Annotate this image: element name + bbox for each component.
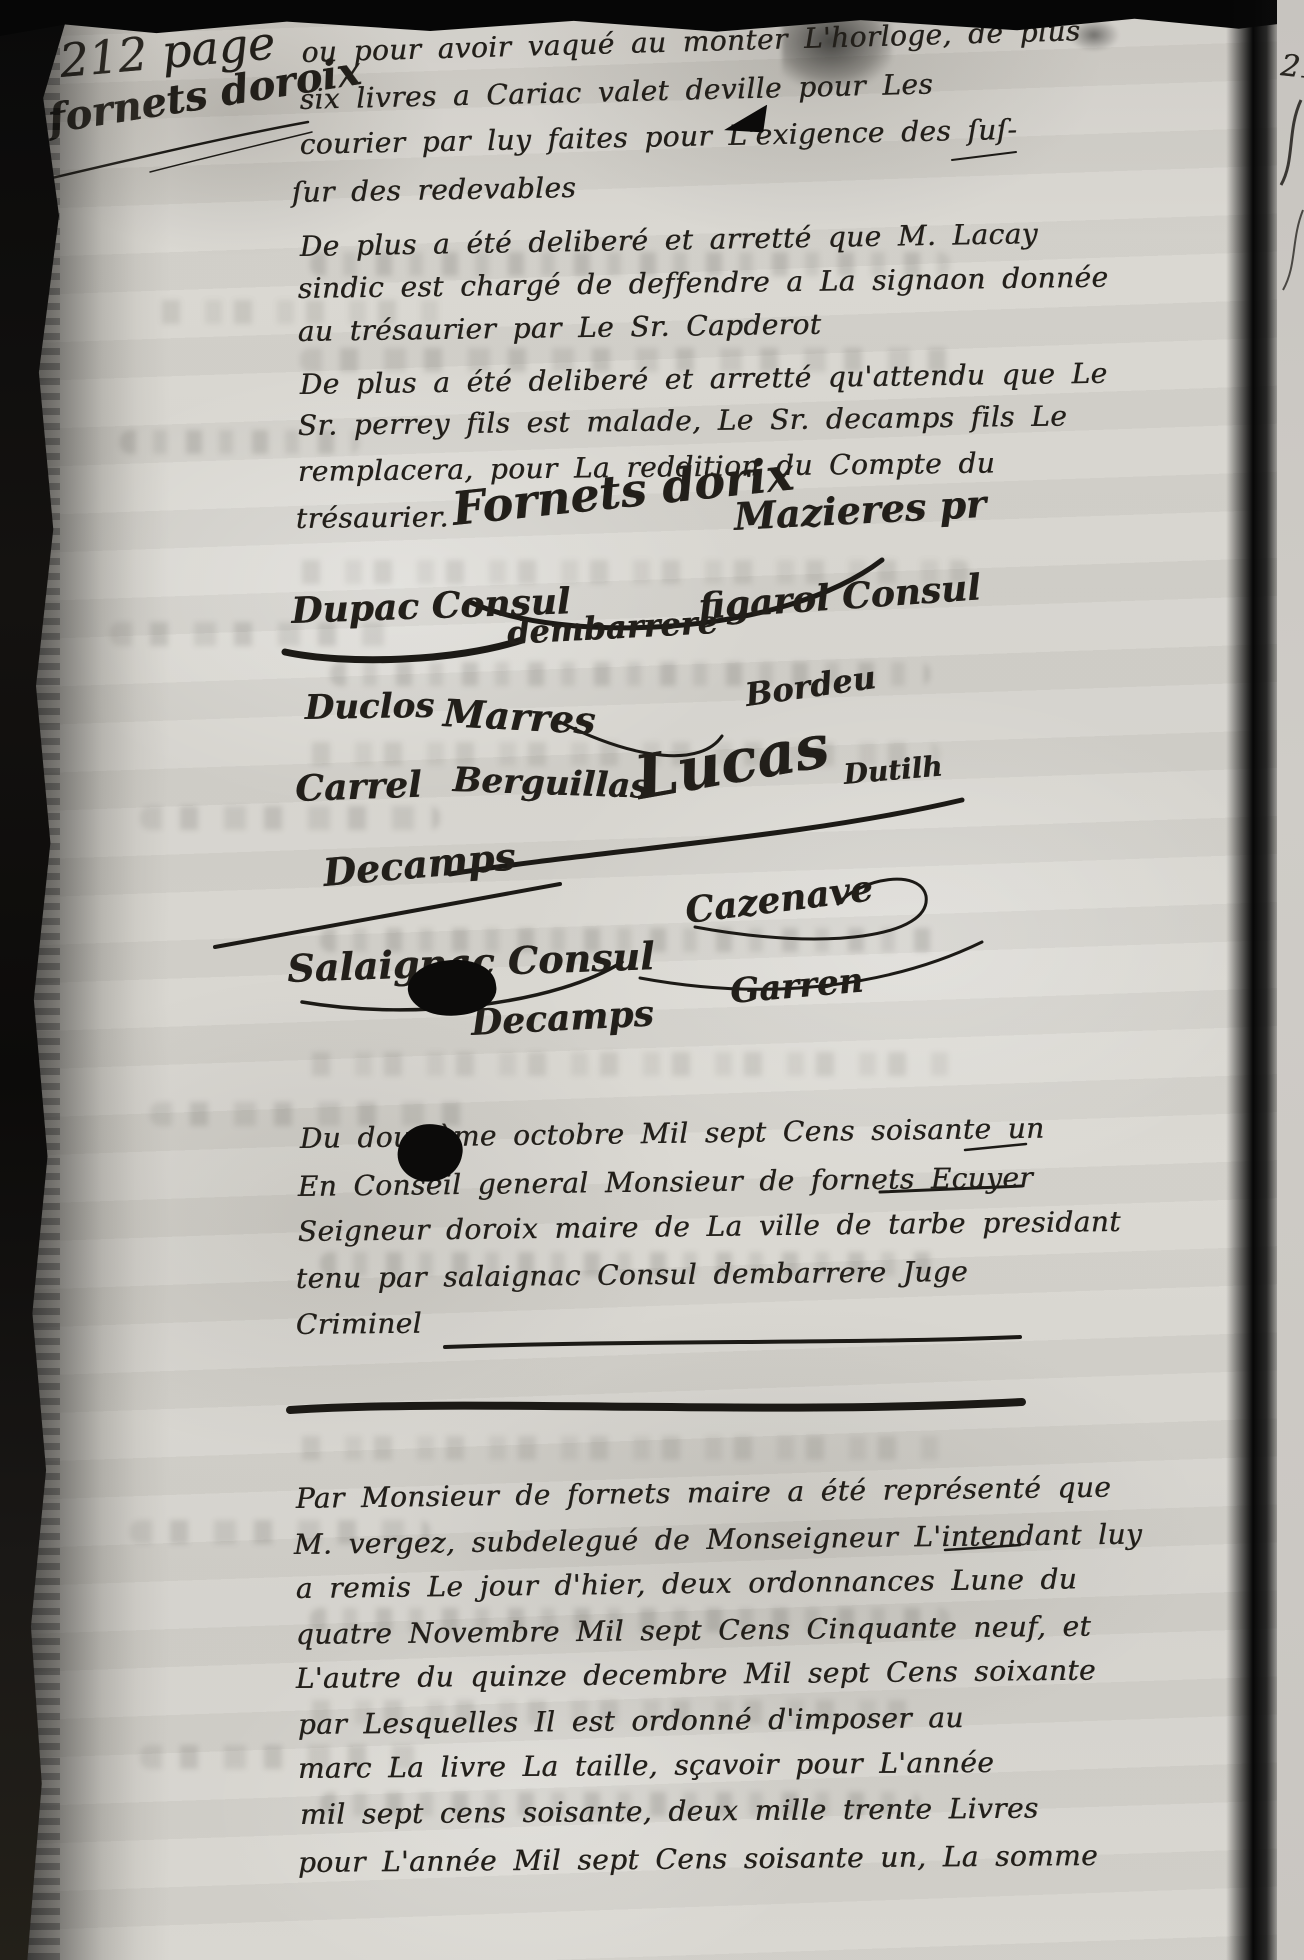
lucas-swash [450, 800, 962, 874]
p5-line9: pour L'année Mil sept Cens soisante un, … [298, 1839, 1098, 1879]
signature-carrel: Carrel [295, 764, 423, 810]
p4-line4: tenu par salaignac Consul dembarrere Jug… [296, 1255, 968, 1295]
section-separator-rule [290, 1402, 1022, 1410]
signature-duclos: Duclos [304, 686, 434, 728]
signature-berguillas: Berguillas [452, 760, 650, 807]
dupac-underline [285, 640, 522, 660]
adjacent-folio-number: 21 [1279, 48, 1304, 87]
adjacent-page-sliver: 21 [1277, 0, 1304, 1960]
p4-line5: Criminel [296, 1307, 422, 1341]
p1-trailing-dash [952, 152, 1016, 160]
p3-line4: trésaurier. [296, 500, 449, 535]
p5-line7: marc La livre La taille, sçavoir pour L'… [298, 1746, 995, 1785]
p5-line8: mil sept cens soisante, deux mille trent… [300, 1792, 1039, 1831]
page-gutter-shadow [1226, 0, 1278, 1960]
signature-marres: Marres [442, 690, 596, 743]
manuscript-scan: 212 page fornets doroix ou pour avoir va… [0, 0, 1304, 1960]
adjacent-page-stroke-fragments [1277, 90, 1304, 390]
p1-line4: ſur des redevables [291, 171, 576, 209]
criminel-rule [445, 1337, 1020, 1347]
p5-line6: par Lesquelles Il est ordonné d'imposer … [298, 1701, 964, 1741]
